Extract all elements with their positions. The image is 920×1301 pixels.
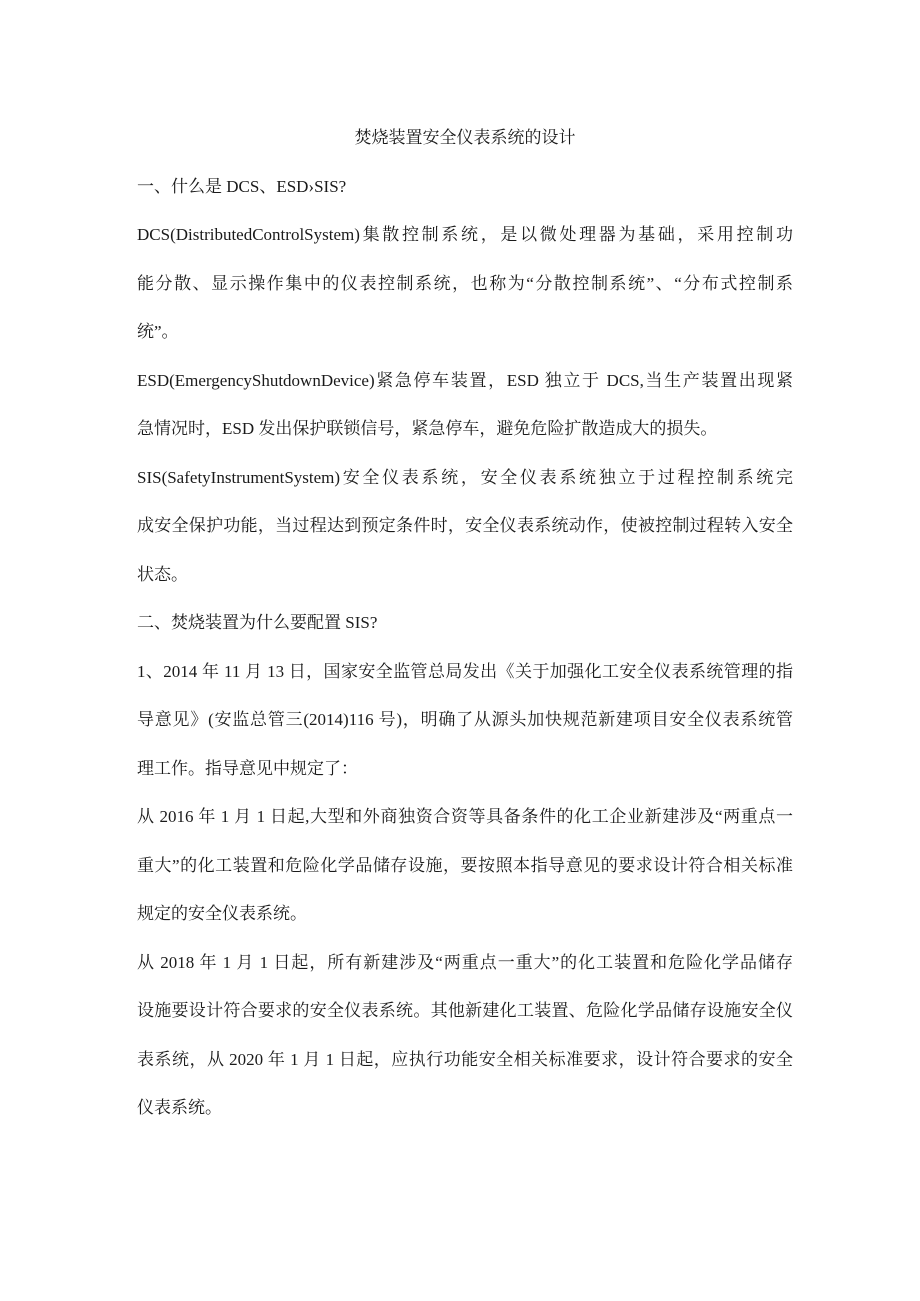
paragraph-dcs: DCS(DistributedControlSystem)集散控制系统，是以微处… xyxy=(137,211,793,357)
document-content: 焚烧装置安全仪表系统的设计一、什么是 DCS、ESD›SIS?DCS(Distr… xyxy=(0,0,920,1133)
document-page: 焚烧装置安全仪表系统的设计一、什么是 DCS、ESD›SIS?DCS(Distr… xyxy=(0,0,920,1301)
text-line: SIS(SafetyInstrumentSystem)安全仪表系统，安全仪表系统… xyxy=(137,454,793,503)
text-line: ESD(EmergencyShutdownDevice)紧急停车装置，ESD 独… xyxy=(137,357,793,406)
section-heading-1: 一、什么是 DCS、ESD›SIS? xyxy=(137,163,793,212)
paragraph-sis: SIS(SafetyInstrumentSystem)安全仪表系统，安全仪表系统… xyxy=(137,454,793,600)
text-line: 二、焚烧装置为什么要配置 SIS? xyxy=(137,599,793,648)
text-line: 急情况时，ESD 发出保护联锁信号，紧急停车，避免危险扩散造成大的损失。 xyxy=(137,405,793,454)
text-line: 一、什么是 DCS、ESD›SIS? xyxy=(137,163,793,212)
text-line: 从 2018 年 1 月 1 日起，所有新建涉及“两重点一重大”的化工装置和危险… xyxy=(137,939,793,988)
text-line: 导意见》(安监总管三(2014)116 号)，明确了从源头加快规范新建项目安全仪… xyxy=(137,696,793,745)
section-heading-2: 二、焚烧装置为什么要配置 SIS? xyxy=(137,599,793,648)
paragraph-2018-rule: 从 2018 年 1 月 1 日起，所有新建涉及“两重点一重大”的化工装置和危险… xyxy=(137,939,793,1133)
text-line: DCS(DistributedControlSystem)集散控制系统，是以微处… xyxy=(137,211,793,260)
text-line: 重大”的化工装置和危险化学品储存设施，要按照本指导意见的要求设计符合相关标准 xyxy=(137,842,793,891)
document-title: 焚烧装置安全仪表系统的设计 xyxy=(137,114,793,163)
text-line: 从 2016 年 1 月 1 日起,大型和外商独资合资等具备条件的化工企业新建涉… xyxy=(137,793,793,842)
text-line: 焚烧装置安全仪表系统的设计 xyxy=(137,114,793,163)
text-line: 状态。 xyxy=(137,551,793,600)
text-line: 仪表系统。 xyxy=(137,1084,793,1133)
text-line: 理工作。指导意见中规定了： xyxy=(137,745,793,794)
text-line: 表系统，从 2020 年 1 月 1 日起，应执行功能安全相关标准要求，设计符合… xyxy=(137,1036,793,1085)
paragraph-2014-notice: 1、2014 年 11 月 13 日，国家安全监管总局发出《关于加强化工安全仪表… xyxy=(137,648,793,794)
text-line: 成安全保护功能，当过程达到预定条件时，安全仪表系统动作，使被控制过程转入安全 xyxy=(137,502,793,551)
text-line: 统”。 xyxy=(137,308,793,357)
text-line: 规定的安全仪表系统。 xyxy=(137,890,793,939)
paragraph-2016-rule: 从 2016 年 1 月 1 日起,大型和外商独资合资等具备条件的化工企业新建涉… xyxy=(137,793,793,939)
text-line: 设施要设计符合要求的安全仪表系统。其他新建化工装置、危险化学品储存设施安全仪 xyxy=(137,987,793,1036)
text-line: 能分散、显示操作集中的仪表控制系统，也称为“分散控制系统”、“分布式控制系 xyxy=(137,260,793,309)
paragraph-esd: ESD(EmergencyShutdownDevice)紧急停车装置，ESD 独… xyxy=(137,357,793,454)
text-line: 1、2014 年 11 月 13 日，国家安全监管总局发出《关于加强化工安全仪表… xyxy=(137,648,793,697)
